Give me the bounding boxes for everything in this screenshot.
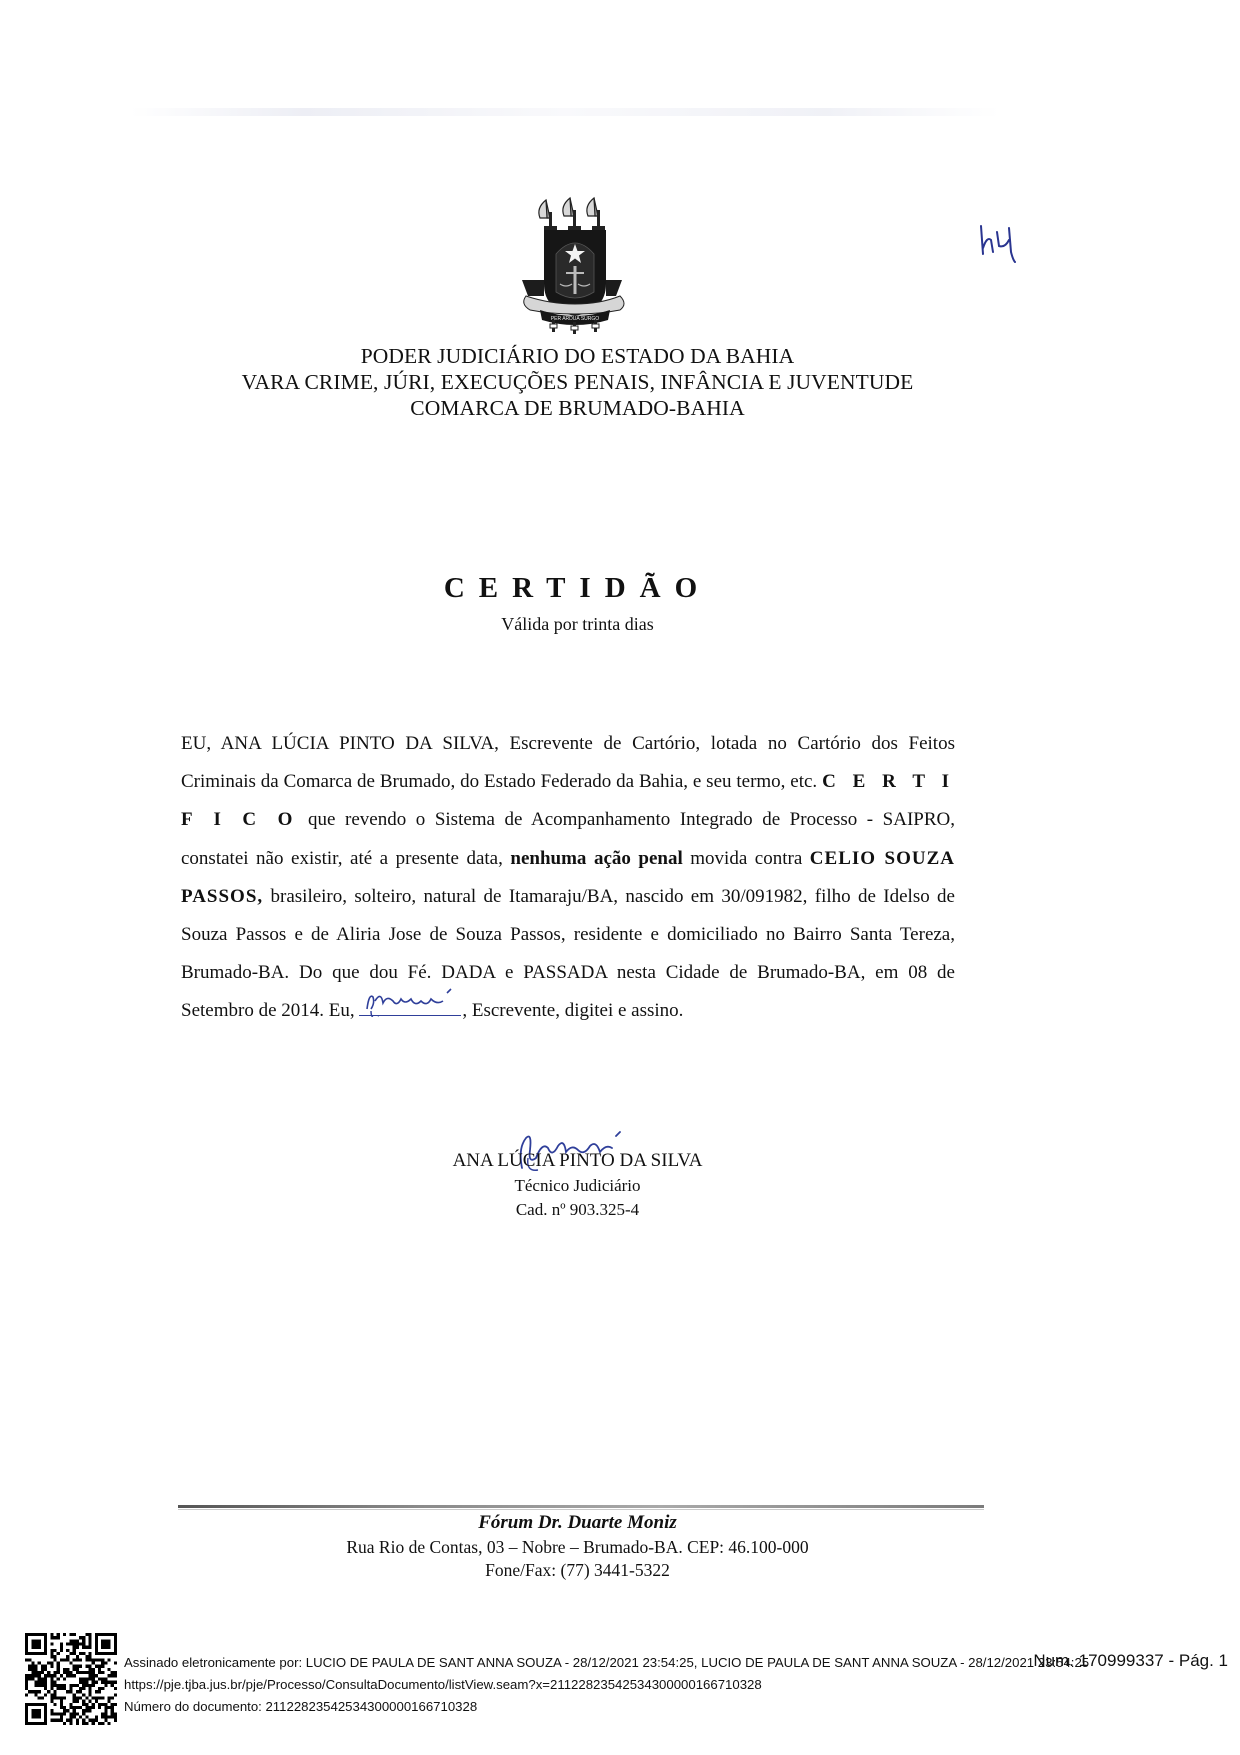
signatory-role: Técnico Judiciário [0, 1176, 1155, 1196]
signatory-name: ANA LÚCIA PINTO DA SILVA [0, 1150, 1155, 1172]
body-part-2: movida contra [683, 848, 810, 869]
body-part-4: , Escrevente, digitei e assino. [462, 1000, 683, 1021]
svg-text:PER ARDUA SURGO: PER ARDUA SURGO [551, 316, 599, 322]
document-url-link[interactable]: https://pje.tjba.jus.br/pje/Processo/Con… [124, 1677, 762, 1692]
document-subtitle: Válida por trinta dias [0, 614, 1155, 635]
page-number-label: Num. 170999337 - Pág. 1 [1033, 1651, 1228, 1671]
footer-address: Rua Rio de Contas, 03 – Nobre – Brumado-… [0, 1537, 1155, 1558]
bahia-coat-of-arms-icon: PER ARDUA SURGO [516, 192, 628, 337]
signatory-registration: Cad. nº 903.325-4 [0, 1200, 1155, 1220]
header-line-2: VARA CRIME, JÚRI, EXECUÇÕES PENAIS, INFÂ… [0, 369, 1155, 395]
header-line-3: COMARCA DE BRUMADO-BAHIA [0, 395, 1155, 421]
scan-artifact [130, 108, 1000, 116]
electronic-signature-line: Assinado eletronicamente por: LUCIO DE P… [124, 1655, 1089, 1670]
certificate-body: EU, ANA LÚCIA PINTO DA SILVA, Escrevente… [181, 725, 955, 1031]
inline-handwritten-signature [359, 995, 461, 1016]
footer-divider [178, 1505, 984, 1508]
court-header: PODER JUDICIÁRIO DO ESTADO DA BAHIA VARA… [0, 343, 1155, 421]
header-line-1: PODER JUDICIÁRIO DO ESTADO DA BAHIA [0, 343, 1155, 369]
no-criminal-action-phrase: nenhuma ação penal [510, 848, 682, 869]
document-number: Número do documento: 2112282354253430000… [124, 1699, 477, 1714]
footer-phone: Fone/Fax: (77) 3441-5322 [0, 1560, 1155, 1581]
qr-code-icon[interactable] [25, 1633, 117, 1725]
footer-divider-secondary [178, 1509, 984, 1510]
handwritten-folio-number [975, 218, 1025, 266]
document-title: CERTIDÃO [0, 572, 1155, 605]
footer-forum-name: Fórum Dr. Duarte Moniz [0, 1512, 1155, 1534]
